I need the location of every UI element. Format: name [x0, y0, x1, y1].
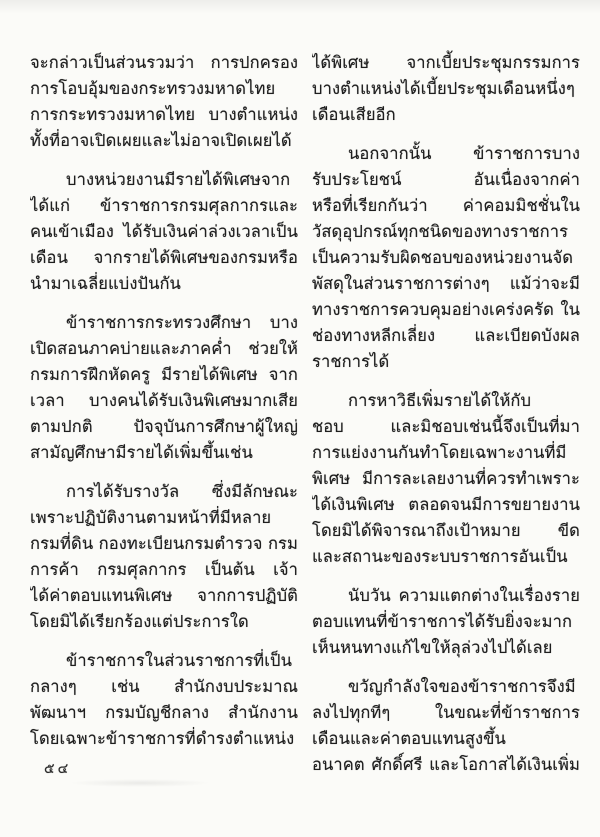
- paragraph: การหาวิธีเพิ่มรายได้ให้กับ ข้าราชการ โดย…: [312, 388, 580, 570]
- text-line: เดือนและค่าตอบแทนสูงขึ้น ข้าราชการจะคิดถ…: [312, 726, 580, 752]
- text-line: บางตำแหน่งได้เบี้ยประชุมเดือนหนึ่งๆ มากก…: [312, 76, 580, 102]
- paragraph: นอกจากนั้น ข้าราชการบางหน่วยยังอาจได้รับ…: [312, 141, 580, 375]
- text-line: ตอบแทนที่ข้าราชการได้รับยิ่งจะมากขึ้นและ…: [312, 609, 580, 635]
- text-line: การโอบอุ้มของกระทรวงมหาดไทย ช่วยให้ข้ารา…: [30, 76, 298, 102]
- text-line: ขวัญกำลังใจของข้าราชการจึงมีแต่จะตกต่ำ: [312, 674, 580, 700]
- paragraph: ได้พิเศษ จากเบี้ยประชุมกรรมการ เป็นจำนวน…: [312, 50, 580, 128]
- text-line: นอกจากนั้น ข้าราชการบางหน่วยยังอาจได้: [312, 141, 580, 167]
- text-line: การค้า กรมศุลกากร เป็นต้น เจ้าหน้าที่มีโ…: [30, 557, 298, 583]
- text-line: เป็นความรับผิดชอบของหน่วยงานจัดซื้อ หน่ว…: [312, 245, 580, 271]
- paragraph: นับวัน ความแตกต่างในเรื่องรายได้ และค่าต…: [312, 583, 580, 661]
- text-line: ทางราชการควบคุมอย่างเคร่งครัด ในทางปฏิบั…: [312, 297, 580, 323]
- text-line: ได้พิเศษ จากเบี้ยประชุมกรรมการ เป็นจำนวน…: [312, 50, 580, 76]
- paragraph: ข้าราชการกระทรวงศึกษา บางระยะที่มีการเปิ…: [30, 310, 298, 466]
- text-line: ทั้งที่อาจเปิดเผยและไม่อาจเปิดเผยได้ไม่น…: [30, 128, 298, 154]
- text-line: คนเข้าเมือง ได้รับเงินค่าล่วงเวลาเป็นประ…: [30, 219, 298, 245]
- text-line: วัสดุอุปกรณ์ทุกชนิดของทางราชการ ซึ่งส่วน…: [312, 219, 580, 245]
- paragraph: จะกล่าวเป็นส่วนรวมว่า การปกครองท้องถิ่นภ…: [30, 50, 298, 154]
- text-line: การแย่งงานกันทำโดยเฉพาะงานที่มีลู่ทางจะม…: [312, 440, 580, 466]
- text-line: จะกล่าวเป็นส่วนรวมว่า การปกครองท้องถิ่นภ…: [30, 50, 298, 76]
- paragraph: การได้รับรางวัล ซึ่งมีลักษณะเป็นสินน้ำใจ…: [30, 479, 298, 635]
- text-line: การกระทรวงมหาดไทย บางตำแหน่ง มีรายได้พิเ…: [30, 102, 298, 128]
- text-line: เห็นหนทางแก้ไขให้ลุล่วงไปได้เลย: [312, 635, 580, 661]
- paragraph: บางหน่วยงานมีรายได้พิเศษจากค่าล่วงเวลาได…: [30, 167, 298, 297]
- text-line: ข้าราชการกระทรวงศึกษา บางระยะที่มีการ: [30, 310, 298, 336]
- text-line: เพราะปฏิบัติงานตามหน้าที่มีหลายหน่วยงาน …: [30, 505, 298, 531]
- text-line: กรมที่ดิน กองทะเบียนกรมตำรวจ กรมทะเบียน: [30, 531, 298, 557]
- text-line: ช่องทางหลีกเลี่ยง และเบียดบังผลประโยชน์ข…: [312, 323, 580, 349]
- text-line: พัฒนาฯ กรมบัญชีกลาง สำนักงาน ก.พ. เป็นต้…: [30, 700, 298, 726]
- text-line: ข้าราชการในส่วนราชการที่เป็นหน่วยงาน: [30, 648, 298, 674]
- text-line: บางหน่วยงานมีรายได้พิเศษจากค่าล่วงเวลา: [30, 167, 298, 193]
- text-line: กรมการฝึกหัดครู มีรายได้พิเศษ จากการสอนน…: [30, 362, 298, 388]
- paragraph: ขวัญกำลังใจของข้าราชการจึงมีแต่จะตกต่ำลง…: [312, 674, 580, 778]
- scan-artifact-top: [0, 0, 600, 14]
- paragraph: ข้าราชการในส่วนราชการที่เป็นหน่วยงานกลาง…: [30, 648, 298, 752]
- text-line: รับประโยชน์ อันเนื่องจากค่าธรรมเนียม ทาง…: [312, 167, 580, 193]
- text-line: ราชการได้: [312, 349, 580, 375]
- text-line: อนาคต ศักดิ์ศรี และโอกาสได้เงินเพิ่มพิเศ…: [312, 752, 580, 778]
- text-line: โดยมิได้เรียกร้องแต่ประการใด: [30, 609, 298, 635]
- text-line: การหาวิธีเพิ่มรายได้ให้กับ ข้าราชการ โดย: [312, 388, 580, 414]
- text-line: เปิดสอนภาคบ่ายและภาคค่ำ ช่วยให้ครู โดยเฉ…: [30, 336, 298, 362]
- left-column: จะกล่าวเป็นส่วนรวมว่า การปกครองท้องถิ่นภ…: [30, 50, 298, 791]
- text-line: โดยเฉพาะข้าราชการที่ดำรงตำแหน่งสำคัญๆ มี…: [30, 726, 298, 752]
- text-line: หรือที่เรียกกันว่า ค่าคอมมิชชั่นใน การติ…: [312, 193, 580, 219]
- text-line: เวลา บางคนได้รับเงินพิเศษมากเสียกว่าเงิน…: [30, 388, 298, 414]
- text-line: เดือน จากรายได้พิเศษของกรมหรือของหน่วยนั…: [30, 245, 298, 271]
- scanned-page: จะกล่าวเป็นส่วนรวมว่า การปกครองท้องถิ่นภ…: [0, 0, 600, 837]
- text-line: นำมาเฉลี่ยแบ่งปันกัน: [30, 271, 298, 297]
- text-line: ได้แก่ ข้าราชการกรมศุลกากรและเจ้าหน้าที่…: [30, 193, 298, 219]
- text-columns: จะกล่าวเป็นส่วนรวมว่า การปกครองท้องถิ่นภ…: [30, 50, 580, 791]
- text-line: ลงไปทุกทีๆ ในขณะที่ข้าราชการต้องการได้รั…: [312, 700, 580, 726]
- right-column: ได้พิเศษ จากเบี้ยประชุมกรรมการ เป็นจำนวน…: [312, 50, 580, 791]
- text-line: และสถานะของระบบราชการอันเป็นส่วนรวม: [312, 544, 580, 570]
- text-line: พิเศษ มีการละเลยงานที่ควรทำเพราะหมดโอกาส: [312, 466, 580, 492]
- text-line: ได้ค่าตอบแทนพิเศษ จากการปฏิบัติงาน ตามหน…: [30, 583, 298, 609]
- text-line: โดยมิได้พิจารณาถึงเป้าหมาย ขีดความสามารถ: [312, 518, 580, 544]
- text-line: ชอบ และมิชอบเช่นนี้จึงเป็นที่มา ประการหน…: [312, 414, 580, 440]
- text-line: ตามปกติ ปัจจุบันการศึกษาผู้ใหญ่ ช่วยให้ค…: [30, 414, 298, 440]
- text-line: กลางๆ เช่น สำนักงบประมาณ สำนักงานสภา: [30, 674, 298, 700]
- text-line: ได้เงินพิเศษ ตลอดจนมีการขยายงานเพิ่มหน้า…: [312, 492, 580, 518]
- text-line: พัสดุในส่วนราชการต่างๆ แม้ว่าจะมีระเบียบ…: [312, 271, 580, 297]
- text-line: เดือนเสียอีก: [312, 102, 580, 128]
- page-number: ๕๔: [44, 758, 71, 780]
- text-line: การได้รับรางวัล ซึ่งมีลักษณะเป็นสินน้ำใจ: [30, 479, 298, 505]
- text-line: สามัญศึกษามีรายได้เพิ่มขึ้นเช่นเดียวกัน: [30, 440, 298, 466]
- text-line: นับวัน ความแตกต่างในเรื่องรายได้ และค่า: [312, 583, 580, 609]
